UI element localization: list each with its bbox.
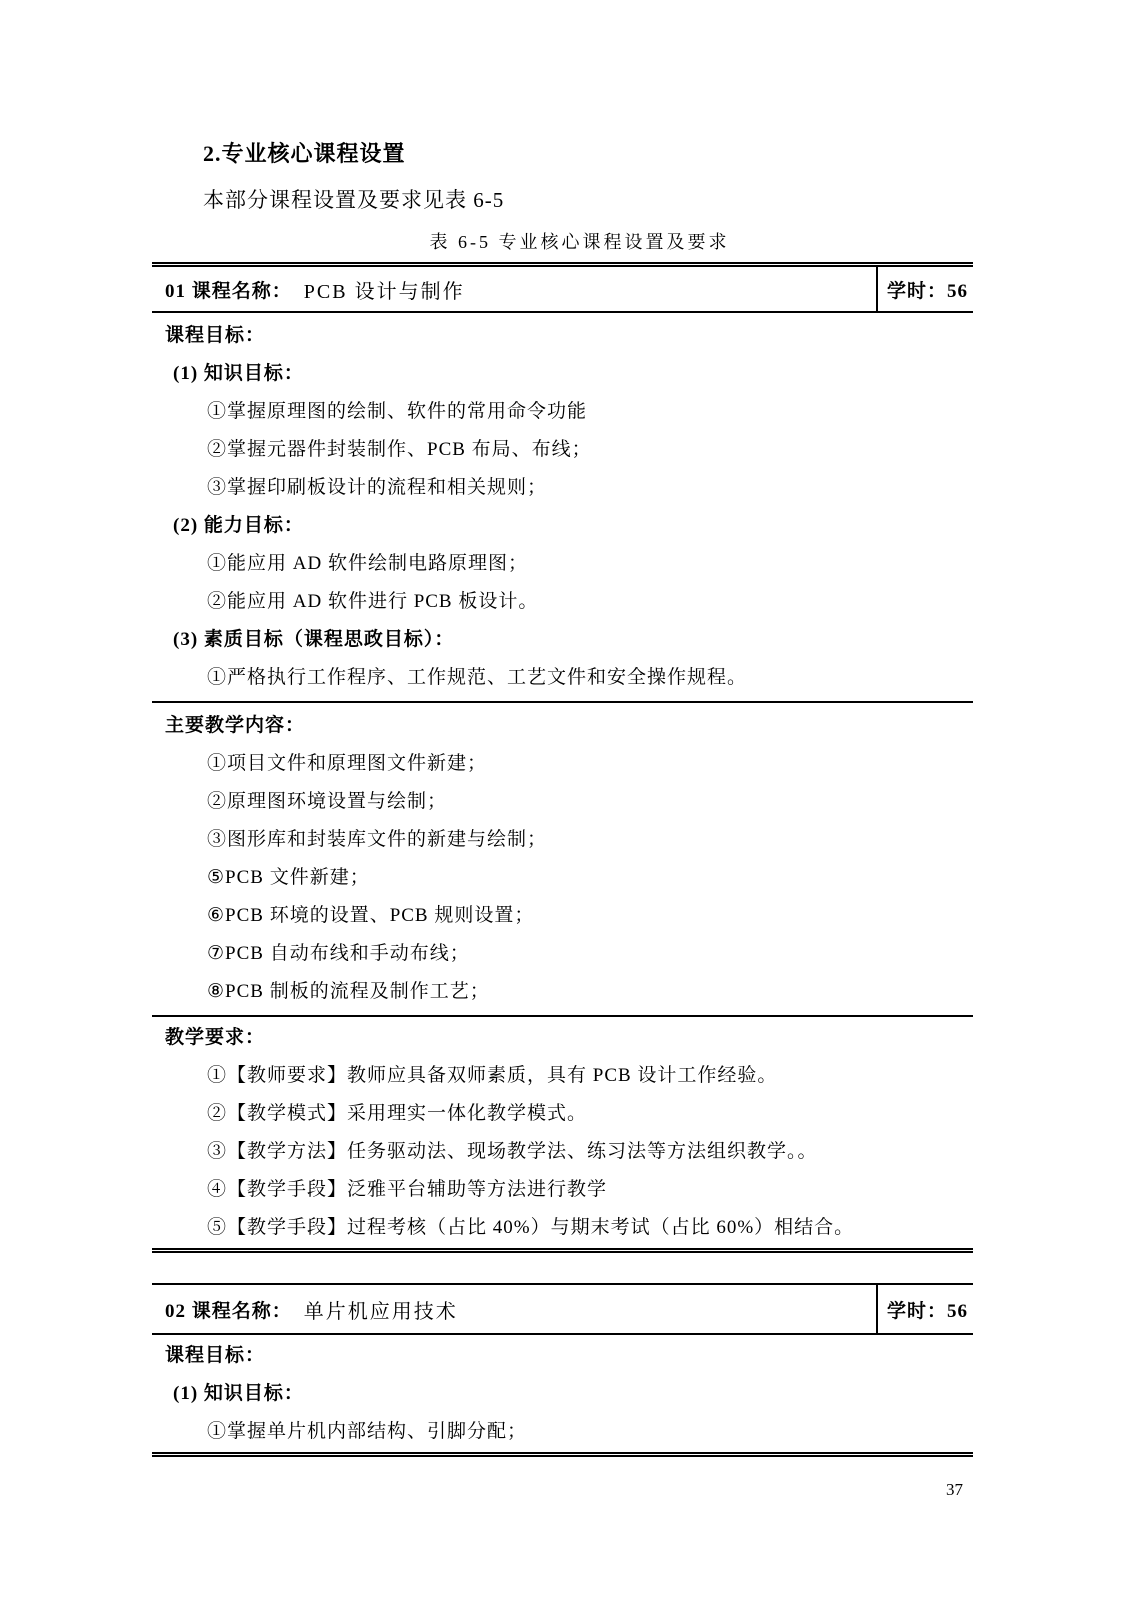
course-01-title-cell: 01 课程名称： PCB 设计与制作 xyxy=(152,267,876,311)
course-02-goals-section: 课程目标： (1) 知识目标： ①掌握单片机内部结构、引脚分配； xyxy=(152,1335,973,1453)
content-item: ⑦PCB 自动布线和手动布线； xyxy=(152,935,973,973)
course-table-02: 02 课程名称： 单片机应用技术 学时：56 课程目标： (1) 知识目标： ①… xyxy=(152,1283,973,1457)
course-01-number-label: 01 课程名称： xyxy=(165,276,292,303)
document-page: 2.专业核心课程设置 本部分课程设置及要求见表 6-5 表 6-5 专业核心课程… xyxy=(0,0,1131,1600)
content-section-title: 主要教学内容： xyxy=(152,707,973,745)
course-01-goals-section: 课程目标： (1) 知识目标： ①掌握原理图的绘制、软件的常用命令功能 ②掌握元… xyxy=(152,313,973,703)
course-01-content-section: 主要教学内容： ①项目文件和原理图文件新建； ②原理图环境设置与绘制； ③图形库… xyxy=(152,703,973,1017)
section-heading: 2.专业核心课程设置 xyxy=(203,137,406,168)
goal-group-title: (1) 知识目标： xyxy=(152,355,973,393)
course-02-name: 单片机应用技术 xyxy=(304,1295,458,1324)
content-item: ①项目文件和原理图文件新建； xyxy=(152,745,973,783)
goals-section-title: 课程目标： xyxy=(152,1337,973,1375)
goal-item: ②掌握元器件封装制作、PCB 布局、布线； xyxy=(152,431,973,469)
goal-item: ①严格执行工作程序、工作规范、工艺文件和安全操作规程。 xyxy=(152,659,973,697)
course-01-requirements-section: 教学要求： ①【教师要求】教师应具备双师素质，具有 PCB 设计工作经验。 ②【… xyxy=(152,1017,973,1248)
requirement-item: ②【教学模式】采用理实一体化教学模式。 xyxy=(152,1095,973,1133)
goal-item: ①掌握原理图的绘制、软件的常用命令功能 xyxy=(152,393,973,431)
course-02-header-row: 02 课程名称： 单片机应用技术 学时：56 xyxy=(152,1285,973,1335)
goal-item: ②能应用 AD 软件进行 PCB 板设计。 xyxy=(152,583,973,621)
goal-group-title: (1) 知识目标： xyxy=(152,1375,973,1413)
content-item: ⑤PCB 文件新建； xyxy=(152,859,973,897)
content-item: ③图形库和封装库文件的新建与绘制； xyxy=(152,821,973,859)
goal-item: ①掌握单片机内部结构、引脚分配； xyxy=(152,1413,973,1451)
goal-group-title: (2) 能力目标： xyxy=(152,507,973,545)
requirements-section-title: 教学要求： xyxy=(152,1019,973,1057)
course-02-title-cell: 02 课程名称： 单片机应用技术 xyxy=(152,1285,876,1333)
course-01-name: PCB 设计与制作 xyxy=(304,275,465,304)
table-caption: 表 6-5 专业核心课程设置及要求 xyxy=(152,228,973,254)
requirement-item: ③【教学方法】任务驱动法、现场教学法、练习法等方法组织教学。。 xyxy=(152,1133,973,1171)
content-item: ⑧PCB 制板的流程及制作工艺； xyxy=(152,973,973,1011)
content-item: ⑥PCB 环境的设置、PCB 规则设置； xyxy=(152,897,973,935)
course-01-header-row: 01 课程名称： PCB 设计与制作 学时：56 xyxy=(152,267,973,313)
course-02-number-label: 02 课程名称： xyxy=(165,1296,292,1323)
intro-text: 本部分课程设置及要求见表 6-5 xyxy=(203,184,504,214)
content-item: ②原理图环境设置与绘制； xyxy=(152,783,973,821)
requirement-item: ①【教师要求】教师应具备双师素质，具有 PCB 设计工作经验。 xyxy=(152,1057,973,1095)
goals-section-title: 课程目标： xyxy=(152,317,973,355)
course-table-01: 01 课程名称： PCB 设计与制作 学时：56 课程目标： (1) 知识目标：… xyxy=(152,262,973,1253)
goal-item: ①能应用 AD 软件绘制电路原理图； xyxy=(152,545,973,583)
goal-item: ③掌握印刷板设计的流程和相关规则； xyxy=(152,469,973,507)
course-02-hours-cell: 学时：56 xyxy=(876,1285,973,1333)
goal-group-title: (3) 素质目标（课程思政目标）： xyxy=(152,621,973,659)
requirement-item: ④【教学手段】泛雅平台辅助等方法进行教学 xyxy=(152,1171,973,1209)
page-number: 37 xyxy=(946,1480,963,1500)
course-01-hours-cell: 学时：56 xyxy=(876,267,973,311)
requirement-item: ⑤【教学手段】过程考核（占比 40%）与期末考试（占比 60%）相结合。 xyxy=(152,1209,973,1247)
